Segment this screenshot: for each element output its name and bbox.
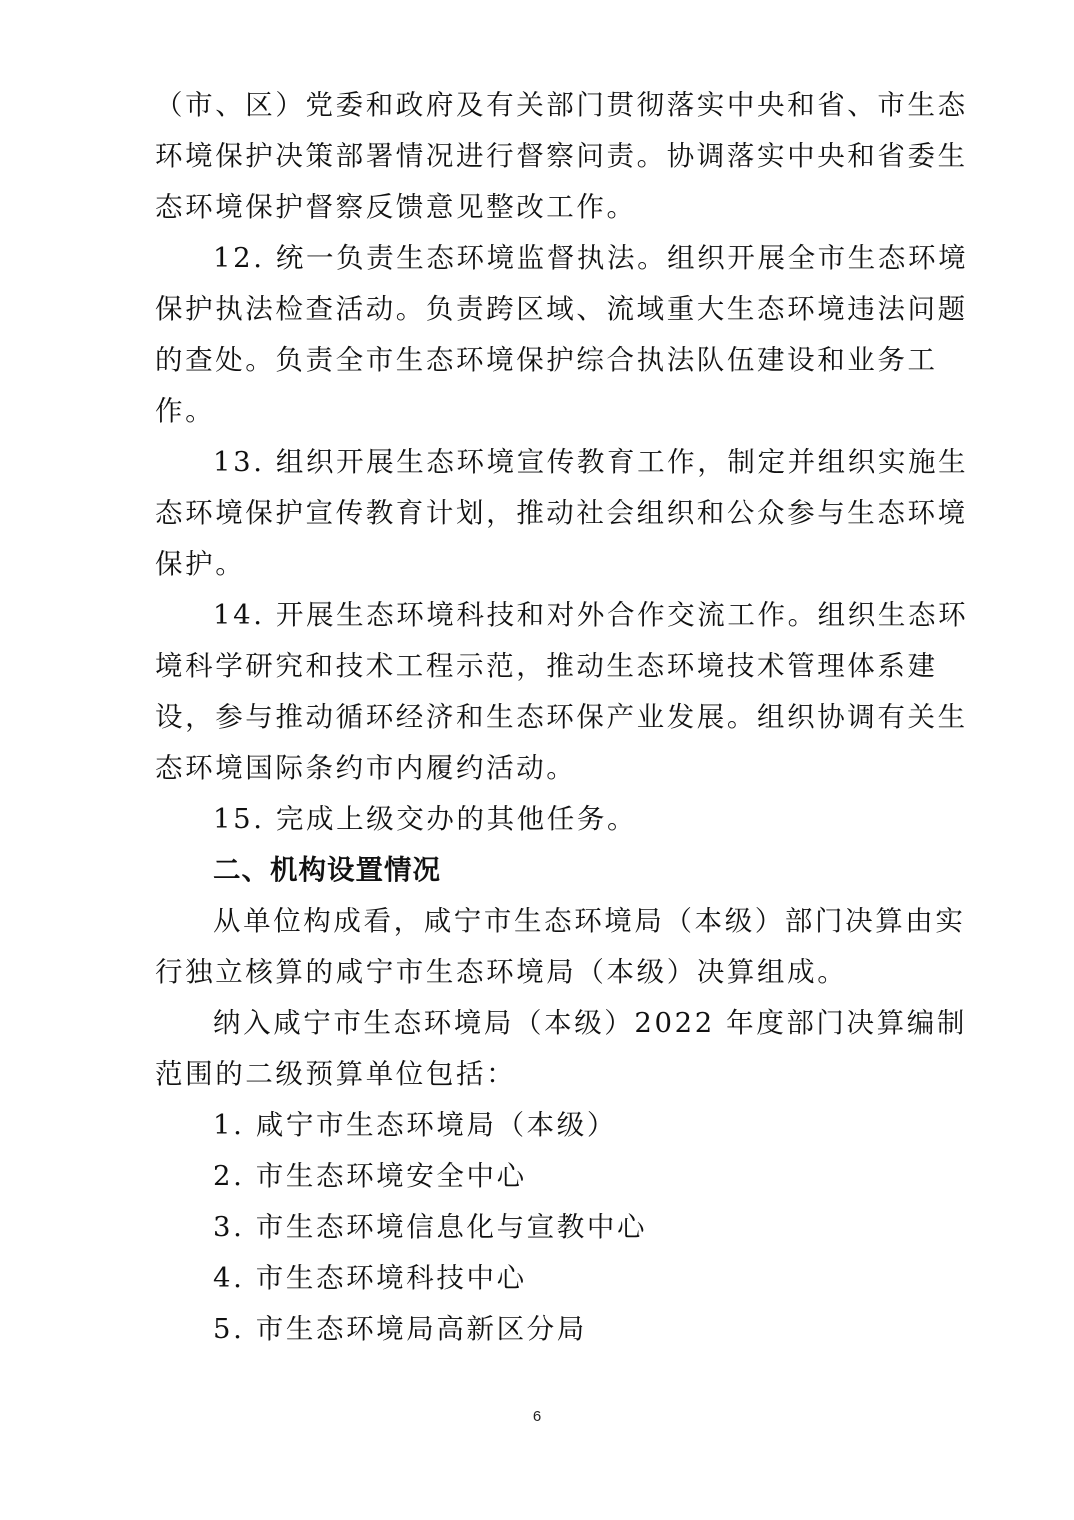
budget-units-list: 1. 咸宁市生态环境局（本级） 2. 市生态环境安全中心 3. 市生态环境信息化… [155, 1100, 923, 1355]
text-line: 范围的二级预算单位包括： [155, 1049, 923, 1100]
list-item: 2. 市生态环境安全中心 [155, 1151, 923, 1202]
text-line: 纳入咸宁市生态环境局（本级）2022 年度部门决算编制 [155, 998, 923, 1049]
section-heading: 二、机构设置情况 [155, 845, 923, 896]
text-line: 设，参与推动循环经济和生态环保产业发展。组织协调有关生 [155, 692, 923, 743]
paragraph-item-11-continuation: （市、区）党委和政府及有关部门贯彻落实中央和省、市生态 环境保护决策部署情况进行… [155, 80, 923, 233]
section-paragraph-scope: 纳入咸宁市生态环境局（本级）2022 年度部门决算编制 范围的二级预算单位包括： [155, 998, 923, 1100]
paragraph-item-13: 13. 组织开展生态环境宣传教育工作，制定并组织实施生 态环境保护宣传教育计划，… [155, 437, 923, 590]
text-line: 12. 统一负责生态环境监督执法。组织开展全市生态环境 [155, 233, 923, 284]
text-line: （市、区）党委和政府及有关部门贯彻落实中央和省、市生态 [155, 80, 923, 131]
section-paragraph-composition: 从单位构成看，咸宁市生态环境局（本级）部门决算由实 行独立核算的咸宁市生态环境局… [155, 896, 923, 998]
text-line: 行独立核算的咸宁市生态环境局（本级）决算组成。 [155, 947, 923, 998]
paragraph-item-14: 14. 开展生态环境科技和对外合作交流工作。组织生态环 境科学研究和技术工程示范… [155, 590, 923, 794]
list-item: 1. 咸宁市生态环境局（本级） [155, 1100, 923, 1151]
paragraph-item-12: 12. 统一负责生态环境监督执法。组织开展全市生态环境 保护执法检查活动。负责跨… [155, 233, 923, 437]
text-line: 的查处。负责全市生态环境保护综合执法队伍建设和业务工 [155, 335, 923, 386]
text-line: 保护执法检查活动。负责跨区域、流域重大生态环境违法问题 [155, 284, 923, 335]
list-item: 3. 市生态环境信息化与宣教中心 [155, 1202, 923, 1253]
text-line: 态环境国际条约市内履约活动。 [155, 743, 923, 794]
paragraph-item-15: 15. 完成上级交办的其他任务。 [155, 794, 923, 845]
text-line: 环境保护决策部署情况进行督察问责。协调落实中央和省委生 [155, 131, 923, 182]
page-number: 6 [0, 1408, 1074, 1425]
text-line: 13. 组织开展生态环境宣传教育工作，制定并组织实施生 [155, 437, 923, 488]
text-line: 14. 开展生态环境科技和对外合作交流工作。组织生态环 [155, 590, 923, 641]
text-line: 从单位构成看，咸宁市生态环境局（本级）部门决算由实 [155, 896, 923, 947]
text-line: 态环境保护督察反馈意见整改工作。 [155, 182, 923, 233]
list-item: 4. 市生态环境科技中心 [155, 1253, 923, 1304]
text-line: 作。 [155, 386, 923, 437]
document-page: （市、区）党委和政府及有关部门贯彻落实中央和省、市生态 环境保护决策部署情况进行… [155, 80, 923, 1355]
text-line: 境科学研究和技术工程示范，推动生态环境技术管理体系建 [155, 641, 923, 692]
text-line: 态环境保护宣传教育计划，推动社会组织和公众参与生态环境 [155, 488, 923, 539]
text-line: 15. 完成上级交办的其他任务。 [155, 794, 923, 845]
text-line: 保护。 [155, 539, 923, 590]
list-item: 5. 市生态环境局高新区分局 [155, 1304, 923, 1355]
